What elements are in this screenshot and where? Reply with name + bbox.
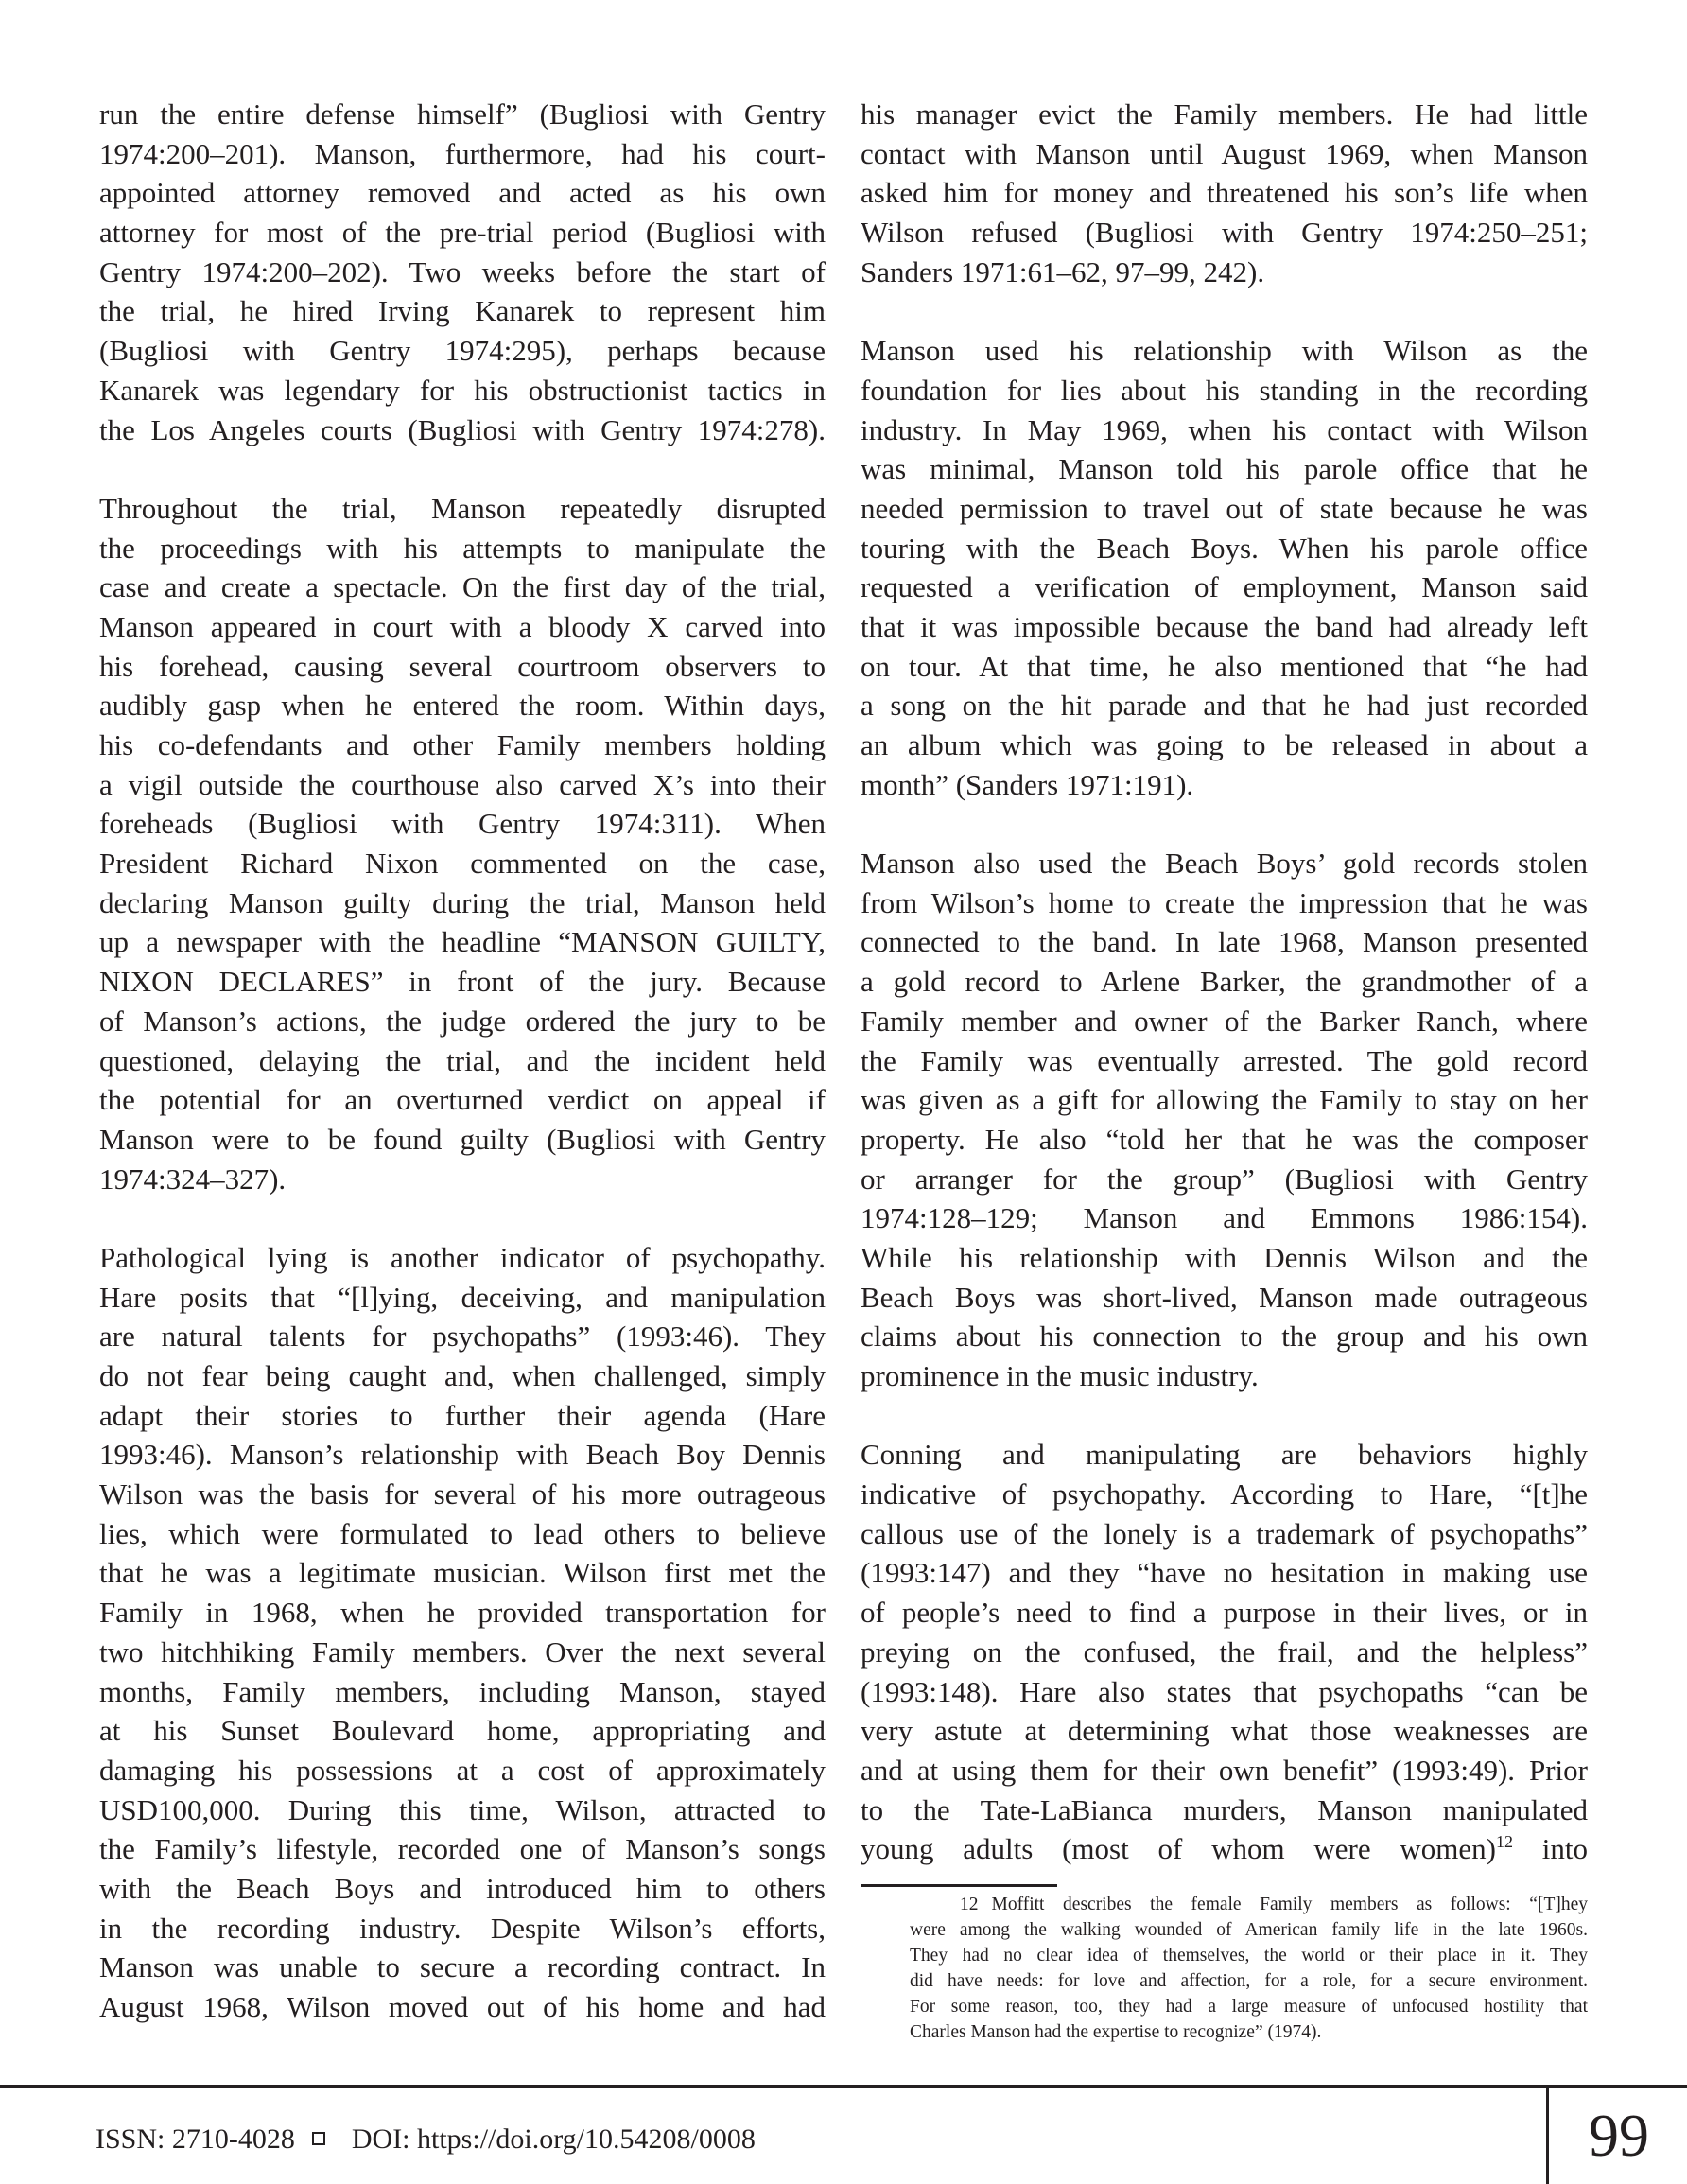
text-line: While his relationship with Dennis Wilso…	[861, 1238, 1588, 1278]
footnote-line: For some reason, too, they had a large m…	[910, 1994, 1588, 2019]
text-line: asked him for money and threatened his s…	[861, 173, 1588, 213]
footer-citation: ISSN: 2710-4028 DOI: https://doi.org/10.…	[96, 2123, 756, 2157]
paragraph: Conning and manipulating are behaviors h…	[861, 1435, 1588, 1869]
text-line: requested a verification of employment, …	[861, 568, 1588, 607]
text-line: Manson used his relationship with Wilson…	[861, 331, 1588, 371]
text-line: (1993:147) and they “have no hesitation …	[861, 1553, 1588, 1593]
text-line: Conning and manipulating are behaviors h…	[861, 1435, 1588, 1475]
footer-rule	[0, 2085, 1687, 2088]
paragraph: run the entire defense himself” (Buglios…	[99, 95, 826, 449]
text-line: case and create a spectacle. On the firs…	[99, 568, 826, 607]
text-line: with the Beach Boys and introduced him t…	[99, 1869, 826, 1909]
text-line: Family member and owner of the Barker Ra…	[861, 1002, 1588, 1041]
text-line: Manson also used the Beach Boys’ gold re…	[861, 844, 1588, 883]
text-line: prominence in the music industry.	[861, 1356, 1588, 1396]
text-line: questioned, delaying the trial, and the …	[99, 1041, 826, 1081]
paragraph: Manson also used the Beach Boys’ gold re…	[861, 844, 1588, 1396]
text-line: 1974:324–327).	[99, 1160, 826, 1199]
text-line: the Family was eventually arrested. The …	[861, 1041, 1588, 1081]
paragraph: Pathological lying is another indicator …	[99, 1238, 826, 2027]
text-line: the potential for an overturned verdict …	[99, 1080, 826, 1120]
text-line: that he was a legitimate musician. Wilso…	[99, 1553, 826, 1593]
text-line: Gentry 1974:200–202). Two weeks before t…	[99, 253, 826, 292]
text-line: in the recording industry. Despite Wilso…	[99, 1909, 826, 1948]
text-line: a song on the hit parade and that he had…	[861, 686, 1588, 725]
page-number: 99	[1589, 2102, 1649, 2170]
footnote-line: did have needs: for love and affection, …	[910, 1968, 1588, 1994]
text-line: his forehead, causing several courtroom …	[99, 647, 826, 687]
text-line: property. He also “told her that he was …	[861, 1120, 1588, 1160]
text-line: at his Sunset Boulevard home, appropriat…	[99, 1711, 826, 1751]
text-segment: into	[1513, 1832, 1588, 1865]
text-line: NIXON DECLARES” in front of the jury. Be…	[99, 962, 826, 1002]
text-line: (1993:148). Hare also states that psycho…	[861, 1672, 1588, 1712]
text-line: a vigil outside the courthouse also carv…	[99, 765, 826, 805]
footnote-line: They had no clear idea of themselves, th…	[910, 1943, 1588, 1968]
footnote-separator	[861, 1884, 1057, 1887]
text-line: of people’s need to find a purpose in th…	[861, 1593, 1588, 1633]
text-line: contact with Manson until August 1969, w…	[861, 134, 1588, 174]
text-line: month” (Sanders 1971:191).	[861, 765, 1588, 805]
text-line: Family in 1968, when he provided transpo…	[99, 1593, 826, 1633]
text-line: on tour. At that time, he also mentioned…	[861, 647, 1588, 687]
text-line: touring with the Beach Boys. When his pa…	[861, 529, 1588, 568]
text-line: appointed attorney removed and acted as …	[99, 173, 826, 213]
paragraph: his manager evict the Family members. He…	[861, 95, 1588, 291]
text-line: a gold record to Arlene Barker, the gran…	[861, 962, 1588, 1002]
text-line: of Manson’s actions, the judge ordered t…	[99, 1002, 826, 1041]
text-line: President Richard Nixon commented on the…	[99, 844, 826, 883]
text-line: his co-defendants and other Family membe…	[99, 725, 826, 765]
left-column: run the entire defense himself” (Buglios…	[99, 95, 826, 2066]
text-line: needed permission to travel out of state…	[861, 489, 1588, 529]
text-line: declaring Manson guilty during the trial…	[99, 883, 826, 923]
footnote-number: 12	[960, 1895, 979, 1914]
text-line: Wilson was the basis for several of his …	[99, 1475, 826, 1514]
text-line: two hitchhiking Family members. Over the…	[99, 1633, 826, 1672]
text-line: foreheads (Bugliosi with Gentry 1974:311…	[99, 804, 826, 844]
text-line: 1974:200–201). Manson, furthermore, had …	[99, 134, 826, 174]
text-line: Kanarek was legendary for his obstructio…	[99, 371, 826, 411]
text-line-with-footnote-ref: young adults (most of whom were women)12…	[861, 1829, 1588, 1869]
text-segment: young adults (most of whom were women)	[861, 1832, 1496, 1865]
text-line: connected to the band. In late 1968, Man…	[861, 922, 1588, 962]
text-line: very astute at determining what those we…	[861, 1711, 1588, 1751]
text-line: from Wilson’s home to create the impress…	[861, 883, 1588, 923]
text-line: August 1968, Wilson moved out of his hom…	[99, 1987, 826, 2027]
text-line: to the Tate-LaBianca murders, Manson man…	[861, 1791, 1588, 1830]
text-line: Throughout the trial, Manson repeatedly …	[99, 489, 826, 529]
square-outline-icon	[312, 2132, 325, 2145]
text-line: the Los Angeles courts (Bugliosi with Ge…	[99, 411, 826, 450]
text-line: an album which was going to be released …	[861, 725, 1588, 765]
text-line: preying on the confused, the frail, and …	[861, 1633, 1588, 1672]
footnote-line: Charles Manson had the expertise to reco…	[910, 2019, 1588, 2045]
text-line: that it was impossible because the band …	[861, 607, 1588, 647]
text-line: attorney for most of the pre-trial perio…	[99, 213, 826, 253]
text-line: Hare posits that “[l]ying, deceiving, an…	[99, 1278, 826, 1318]
text-line: months, Family members, including Manson…	[99, 1672, 826, 1712]
footnote-text: Moffitt describes the female Family memb…	[992, 1895, 1589, 1914]
text-line: lies, which were formulated to lead othe…	[99, 1514, 826, 1554]
text-line: 1993:46). Manson’s relationship with Bea…	[99, 1435, 826, 1475]
text-line: industry. In May 1969, when his contact …	[861, 411, 1588, 450]
text-line: (Bugliosi with Gentry 1974:295), perhaps…	[99, 331, 826, 371]
text-line: audibly gasp when he entered the room. W…	[99, 686, 826, 725]
text-line: run the entire defense himself” (Buglios…	[99, 95, 826, 134]
text-line: Manson was unable to secure a recording …	[99, 1948, 826, 1987]
text-line: the proceedings with his attempts to man…	[99, 529, 826, 568]
text-line: do not fear being caught and, when chall…	[99, 1356, 826, 1396]
text-line: Pathological lying is another indicator …	[99, 1238, 826, 1278]
text-line: up a newspaper with the headline “MANSON…	[99, 922, 826, 962]
footnote-line: were among the walking wounded of Americ…	[910, 1917, 1588, 1943]
text-line: foundation for lies about his standing i…	[861, 371, 1588, 411]
text-line: callous use of the lonely is a trademark…	[861, 1514, 1588, 1554]
paragraph: Throughout the trial, Manson repeatedly …	[99, 489, 826, 1198]
text-line: Manson were to be found guilty (Bugliosi…	[99, 1120, 826, 1160]
paragraph: Manson used his relationship with Wilson…	[861, 331, 1588, 804]
text-line: and at using them for their own benefit”…	[861, 1751, 1588, 1791]
right-column: his manager evict the Family members. He…	[861, 95, 1588, 1909]
doi-link[interactable]: DOI: https://doi.org/10.54208/0008	[352, 2123, 756, 2157]
text-line: Sanders 1971:61–62, 97–99, 242).	[861, 253, 1588, 292]
text-line: his manager evict the Family members. He…	[861, 95, 1588, 134]
text-line: the Family’s lifestyle, recorded one of …	[99, 1829, 826, 1869]
text-line: 1974:128–129; Manson and Emmons 1986:154…	[861, 1198, 1588, 1238]
text-line: the trial, he hired Irving Kanarek to re…	[99, 291, 826, 331]
text-line: Beach Boys was short-lived, Manson made …	[861, 1278, 1588, 1318]
text-line: claims about his connection to the group…	[861, 1317, 1588, 1356]
text-line: Wilson refused (Bugliosi with Gentry 197…	[861, 213, 1588, 253]
footnote-line: 12Moffitt describes the female Family me…	[910, 1892, 1588, 1917]
issn-label: ISSN: 2710-4028	[96, 2123, 295, 2157]
footnote-reference[interactable]: 12	[1496, 1832, 1513, 1851]
text-line: adapt their stories to further their age…	[99, 1396, 826, 1436]
text-line: USD100,000. During this time, Wilson, at…	[99, 1791, 826, 1830]
footer-divider	[1546, 2086, 1549, 2184]
footnote: 12Moffitt describes the female Family me…	[910, 1892, 1588, 2045]
text-line: Manson appeared in court with a bloody X…	[99, 607, 826, 647]
text-line: damaging his possessions at a cost of ap…	[99, 1751, 826, 1791]
text-line: indicative of psychopathy. According to …	[861, 1475, 1588, 1514]
text-line: was given as a gift for allowing the Fam…	[861, 1080, 1588, 1120]
text-line: are natural talents for psychopaths” (19…	[99, 1317, 826, 1356]
text-line: was minimal, Manson told his parole offi…	[861, 449, 1588, 489]
text-line: or arranger for the group” (Bugliosi wit…	[861, 1160, 1588, 1199]
